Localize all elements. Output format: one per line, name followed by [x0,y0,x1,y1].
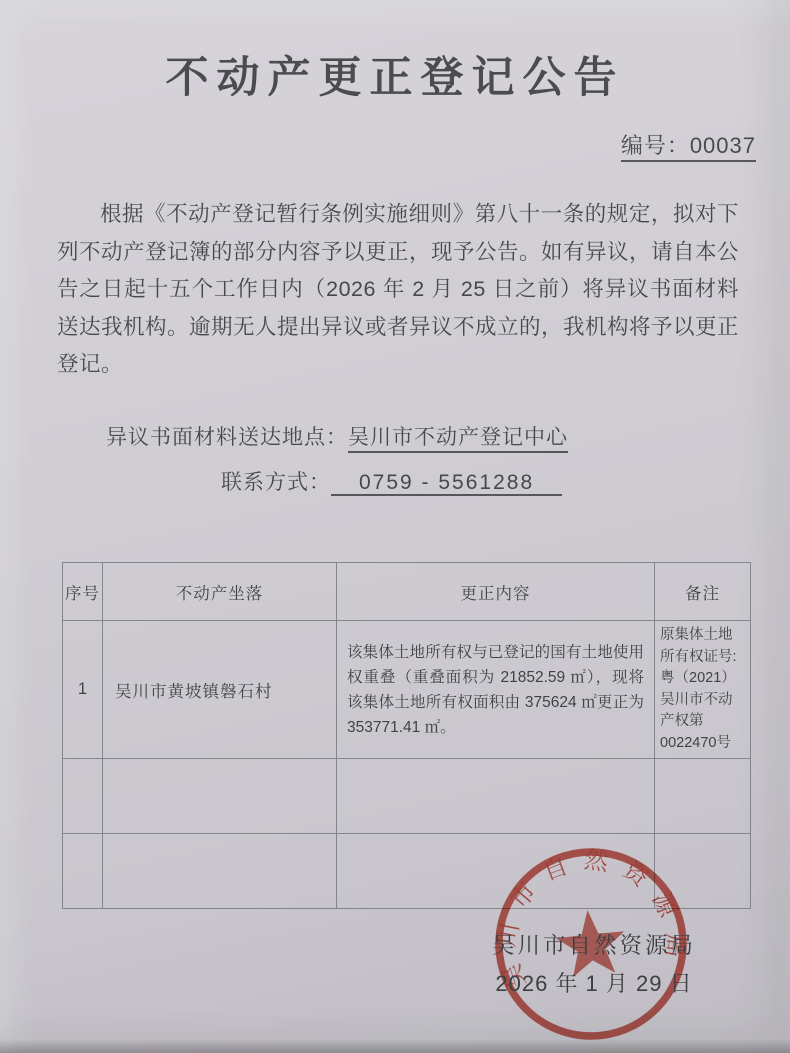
issue-date: 2026 年 1 月 29 日 [487,967,701,998]
contact-value: 0759 - 5561288 [331,471,562,496]
table-row: 1 吴川市黄坡镇磐石村 该集体土地所有权与已登记的国有土地使用权重叠（重叠面积为… [63,621,751,759]
cell-remark: 原集体土地所有权证号:粤（2021）吴川市不动产权第0022470号 [655,621,751,759]
cell-location: 吴川市黄坡镇磐石村 [103,621,337,759]
contact-label: 联系方式： [221,471,331,494]
doc-number: 编号：00037 [621,129,756,160]
contact-line: 联系方式：0759 - 5561288 [0,466,790,496]
table-header-row: 序号 不动产坐落 更正内容 备注 [63,563,751,621]
issuer-name: 吴川市自然资源局 [487,928,701,960]
header-correction: 更正内容 [337,563,655,621]
cell-seq [63,834,103,909]
table-row [63,759,751,834]
delivery-address-line: 异议书面材料送达地点：吴川市不动产登记中心 [0,421,790,451]
cell-seq [63,759,103,834]
document-page: 不动产更正登记公告 编号：00037 根据《不动产登记暂行条例实施细则》第八十一… [0,0,790,1053]
cell-location [103,834,337,909]
cell-correction [337,759,655,834]
cell-correction: 该集体土地所有权与已登记的国有土地使用权重叠（重叠面积为 21852.59 ㎡）… [337,621,655,759]
header-location: 不动产坐落 [103,563,337,621]
header-remark: 备注 [655,563,751,621]
page-title: 不动产更正登记公告 [0,44,790,105]
body-paragraph: 根据《不动产登记暂行条例实施细则》第八十一条的规定，拟对下列不动产登记簿的部分内… [57,196,739,384]
doc-number-text: 编号：00037 [621,133,756,162]
header-seq: 序号 [63,563,103,621]
cell-seq: 1 [63,621,103,759]
cell-remark [655,759,751,834]
cell-location [103,759,337,834]
delivery-address-label: 异议书面材料送达地点： [106,426,348,449]
delivery-address-value: 吴川市不动产登记中心 [348,426,568,453]
